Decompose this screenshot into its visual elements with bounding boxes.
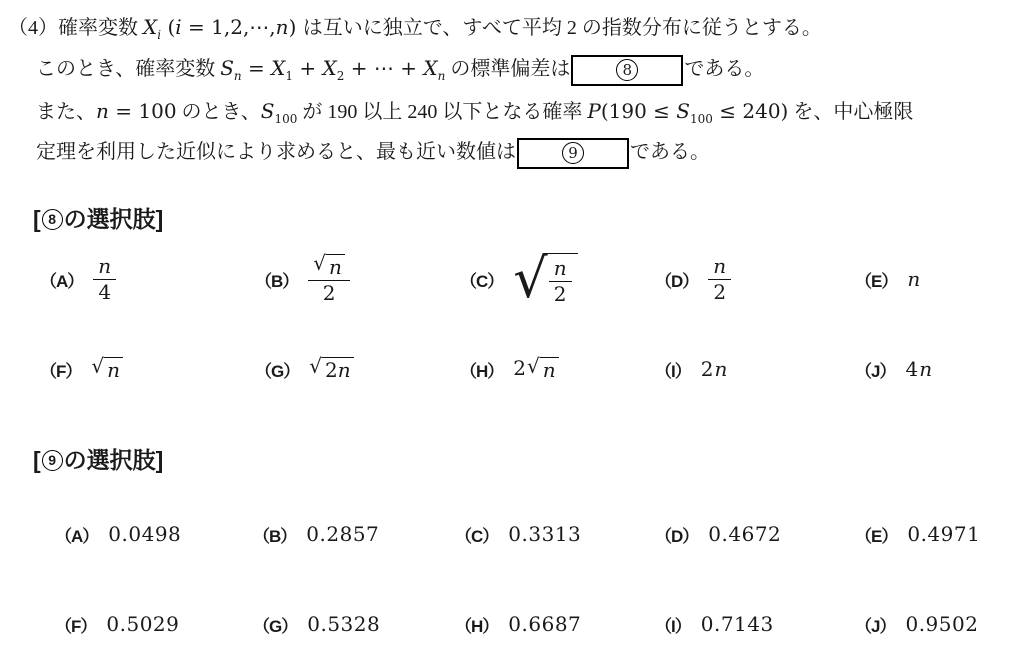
choice-label: （H） (460, 357, 503, 382)
choice-label: （I） (655, 357, 691, 382)
choice-q8-E: （E） n (855, 267, 1010, 292)
choices-header-8: [8の選択肢] (33, 205, 1010, 233)
math-expression: Xi (i = 1,2,⋯,n) (143, 15, 303, 39)
denominator: 2 (549, 282, 572, 306)
choice-label: （F） (40, 357, 81, 382)
choice-value: 0.3313 (508, 522, 581, 546)
question-number: （4） (8, 17, 58, 39)
choice-value: 0.4672 (708, 522, 781, 546)
numerator: n (549, 257, 572, 282)
choice-q9-J: （J） 0.9502 (855, 612, 1010, 637)
radicand: n2 (543, 253, 578, 306)
q8-choices-row-1: （A） n4 （B） √n2 （C） √n2 （D） n2 （E） n (8, 251, 1010, 307)
q8-choices-row-2: （F） √n （G） √2n （H） 2√n （I） 2n （J） 4n (8, 355, 1010, 383)
choice-label: （J） (855, 612, 895, 637)
math-value: 4n (905, 357, 932, 381)
choice-label: （D） (655, 267, 698, 292)
numerator: n (708, 255, 731, 280)
choice-q9-H: （H） 0.6687 (455, 612, 655, 637)
choice-q8-A: （A） n4 (40, 255, 255, 304)
numerator: n (93, 255, 116, 280)
choice-label: （D） (655, 522, 698, 547)
text-segment: は互いに独立で、すべて平均 2 の指数分布に従うとする。 (303, 17, 822, 39)
choice-q9-B: （B） 0.2857 (253, 522, 455, 547)
denominator: 2 (308, 281, 350, 305)
bracket: [ (33, 446, 41, 474)
text-segment: である。 (630, 141, 710, 163)
header-text: の選択肢] (64, 446, 164, 474)
choice-q9-F: （F） 0.5029 (55, 612, 253, 637)
choice-q9-A: （A） 0.0498 (55, 522, 253, 547)
radical: √2n (309, 357, 353, 382)
numerator: √n (308, 254, 350, 281)
choice-label: （H） (455, 612, 498, 637)
choice-value: 0.2857 (306, 522, 379, 546)
text-segment: このとき、確率変数 (36, 58, 220, 80)
choice-q9-G: （G） 0.5328 (253, 612, 455, 637)
radical: √n (313, 254, 345, 279)
choice-value: 0.0498 (108, 522, 181, 546)
choice-label: （C） (460, 267, 503, 292)
variable: n (714, 357, 727, 381)
question-line-4: 定理を利用した近似により求めると、最も近い数値は9である。 (36, 135, 1010, 169)
choice-q8-J: （J） 4n (855, 357, 1010, 382)
coefficient: 4 (905, 357, 918, 381)
fraction: n4 (93, 255, 116, 304)
choice-q9-D: （D） 0.4672 (655, 522, 855, 547)
choice-q8-D: （D） n2 (655, 255, 855, 304)
exam-page: （4）確率変数 Xi (i = 1,2,⋯,n) は互いに独立で、すべて平均 2… (0, 0, 1024, 638)
probability-expression: P(190 ≤ S100 ≤ 240) (587, 99, 788, 123)
radical-sign-icon: √ (527, 356, 540, 376)
variable: n (919, 357, 932, 381)
choice-label: （J） (855, 357, 895, 382)
choice-label: （E） (855, 267, 897, 292)
choice-q9-I: （I） 0.7143 (655, 612, 855, 637)
choice-q8-F: （F） √n (40, 357, 255, 382)
question-line-2: このとき、確率変数 Sn = X1 + X2 + ⋯ + Xn の標準偏差は8で… (36, 51, 1010, 86)
circled-8: 8 (616, 59, 638, 81)
choice-label: （I） (655, 612, 691, 637)
math-expression: Sn = X1 + X2 + ⋯ + Xn (220, 56, 445, 80)
choice-value: 0.9502 (905, 612, 978, 636)
choice-label: （A） (55, 522, 98, 547)
math-expression: S100 (261, 99, 298, 123)
choice-q8-I: （I） 2n (655, 357, 855, 382)
text-segment: 定理を利用した近似により求めると、最も近い数値は (36, 141, 516, 163)
radical-sign-icon: √ (91, 356, 104, 376)
choice-q8-H: （H） 2√n (460, 356, 655, 382)
text-segment: の標準偏差は (445, 58, 570, 80)
choice-q8-G: （G） √2n (255, 357, 460, 382)
answer-box-8: 8 (571, 55, 683, 86)
header-text: の選択肢] (64, 205, 164, 233)
choice-value: 0.6687 (508, 612, 581, 636)
radicand: n (104, 357, 123, 382)
choice-label: （C） (455, 522, 498, 547)
radicand: n (540, 357, 559, 382)
choice-value: 0.5029 (106, 612, 179, 636)
choice-label: （G） (255, 357, 299, 382)
answer-box-9: 9 (517, 138, 629, 169)
coefficient: 2 (513, 356, 526, 380)
text-segment: また、 (36, 101, 96, 123)
fraction: n2 (549, 257, 572, 306)
text-segment: が 190 以上 240 以下となる確率 (297, 101, 587, 123)
bracket: [ (33, 205, 41, 233)
text-segment: のとき、 (177, 101, 261, 123)
text-segment: を、中心極限 (788, 101, 913, 123)
question-line-3: また、n = 100 のとき、S100 が 190 以上 240 以下となる確率… (36, 96, 1010, 127)
math-expression: 2√n (513, 356, 558, 382)
math-value: 2n (701, 357, 728, 381)
radical: √n2 (513, 253, 577, 306)
math-expression: n = 100 (96, 99, 177, 123)
fraction: n2 (708, 255, 731, 304)
choice-label: （B） (253, 522, 296, 547)
choice-q9-E: （E） 0.4971 (855, 522, 1010, 547)
radicand: n (326, 254, 345, 279)
text-segment: である。 (684, 58, 764, 80)
radical: √n (91, 357, 123, 382)
circled-9: 9 (562, 142, 584, 164)
radical: √n (527, 357, 559, 382)
choice-q9-C: （C） 0.3313 (455, 522, 655, 547)
denominator: 4 (93, 280, 116, 304)
radical-sign-icon: √ (313, 253, 326, 273)
choice-label: （A） (40, 267, 83, 292)
choice-q8-B: （B） √n2 (255, 254, 460, 305)
choice-label: （B） (255, 267, 298, 292)
choice-value: 0.7143 (701, 612, 774, 636)
choice-label: （E） (855, 522, 897, 547)
choice-value: 0.5328 (307, 612, 380, 636)
choice-value: 0.4971 (907, 522, 980, 546)
choices-header-9: [9の選択肢] (33, 446, 1010, 474)
text-segment: 確率変数 (58, 17, 143, 39)
choice-q8-C: （C） √n2 (460, 253, 655, 306)
choice-label: （F） (55, 612, 96, 637)
coefficient: 2 (701, 357, 714, 381)
circled-8-icon: 8 (42, 209, 63, 230)
q9-choices-row-1: （A） 0.0498 （B） 0.2857 （C） 0.3313 （D） 0.4… (8, 520, 1010, 548)
variable: n (338, 358, 351, 382)
radical-sign-icon: √ (309, 356, 322, 376)
question-line-1: （4）確率変数 Xi (i = 1,2,⋯,n) は互いに独立で、すべて平均 2… (8, 12, 1010, 43)
q9-choices-row-2: （F） 0.5029 （G） 0.5328 （H） 0.6687 （I） 0.7… (8, 610, 1010, 638)
radicand: 2n (322, 357, 354, 382)
coefficient: 2 (325, 358, 338, 382)
fraction: √n2 (308, 254, 350, 305)
choice-label: （G） (253, 612, 297, 637)
denominator: 2 (708, 280, 731, 304)
circled-9-icon: 9 (42, 450, 63, 471)
math-value: n (907, 267, 920, 291)
